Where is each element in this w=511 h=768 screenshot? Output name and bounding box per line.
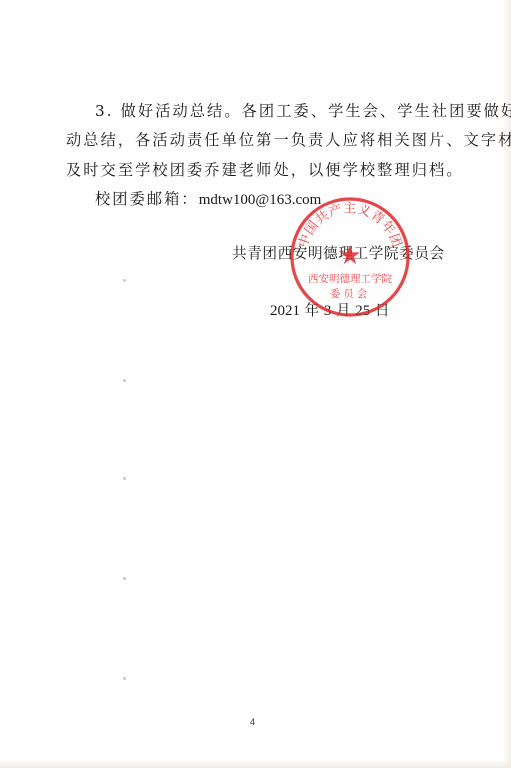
email-label: 校团委邮箱： (95, 190, 199, 208)
scan-mark (123, 477, 126, 480)
paragraph-item3-line3: 及时交至学校团委乔建老师处，以便学校整理归档。 (66, 160, 464, 180)
official-seal-stamp: 中国共产主义青年团 ★ 西安明德理工学院 委员会 (289, 196, 411, 318)
scan-mark (123, 279, 126, 282)
scan-mark (123, 577, 126, 580)
star-icon: ★ (338, 241, 361, 271)
scan-edge-bottom (0, 760, 511, 768)
scan-mark (123, 379, 126, 382)
email-line: 校团委邮箱：mdtw100@163.com (95, 189, 321, 210)
stamp-inner-text-2: 委员会 (330, 287, 371, 300)
document-page: 3. 做好活动总结。各团工委、学生会、学生社团要做好活 动总结，各活动责任单位第… (0, 0, 511, 768)
paragraph-item3-line1: 3. 做好活动总结。各团工委、学生会、学生社团要做好活 (95, 101, 511, 121)
scan-mark (123, 677, 126, 680)
paragraph-item3-line2: 动总结，各活动责任单位第一负责人应将相关图片、文字材料 (66, 130, 511, 150)
page-number: 4 (250, 717, 255, 727)
stamp-inner-text-1: 西安明德理工学院 (308, 272, 392, 285)
